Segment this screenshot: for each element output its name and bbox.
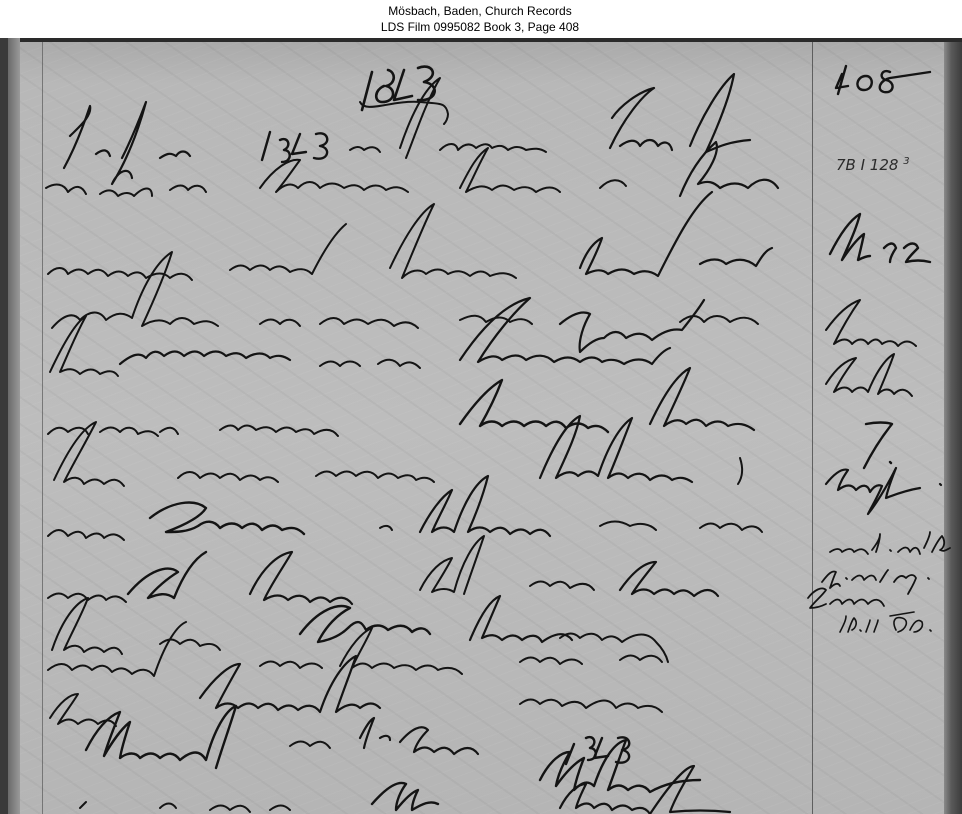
archive-stamp-reference: 7B I 128 3 <box>836 156 910 174</box>
image-caption: Mösbach, Baden, Church Records LDS Film … <box>0 0 962 38</box>
caption-source: LDS Film 0995082 Book 3, Page 408 <box>0 19 962 35</box>
scanned-register-page: 7B I 128 3 1843 408 Nr 12 Juliane Barthe… <box>0 38 962 814</box>
stamp-reference-text: 7B I 128 <box>836 156 898 174</box>
handwriting-strokes <box>0 38 962 814</box>
stamp-superscript: 3 <box>903 156 909 167</box>
caption-title: Mösbach, Baden, Church Records <box>0 3 962 19</box>
